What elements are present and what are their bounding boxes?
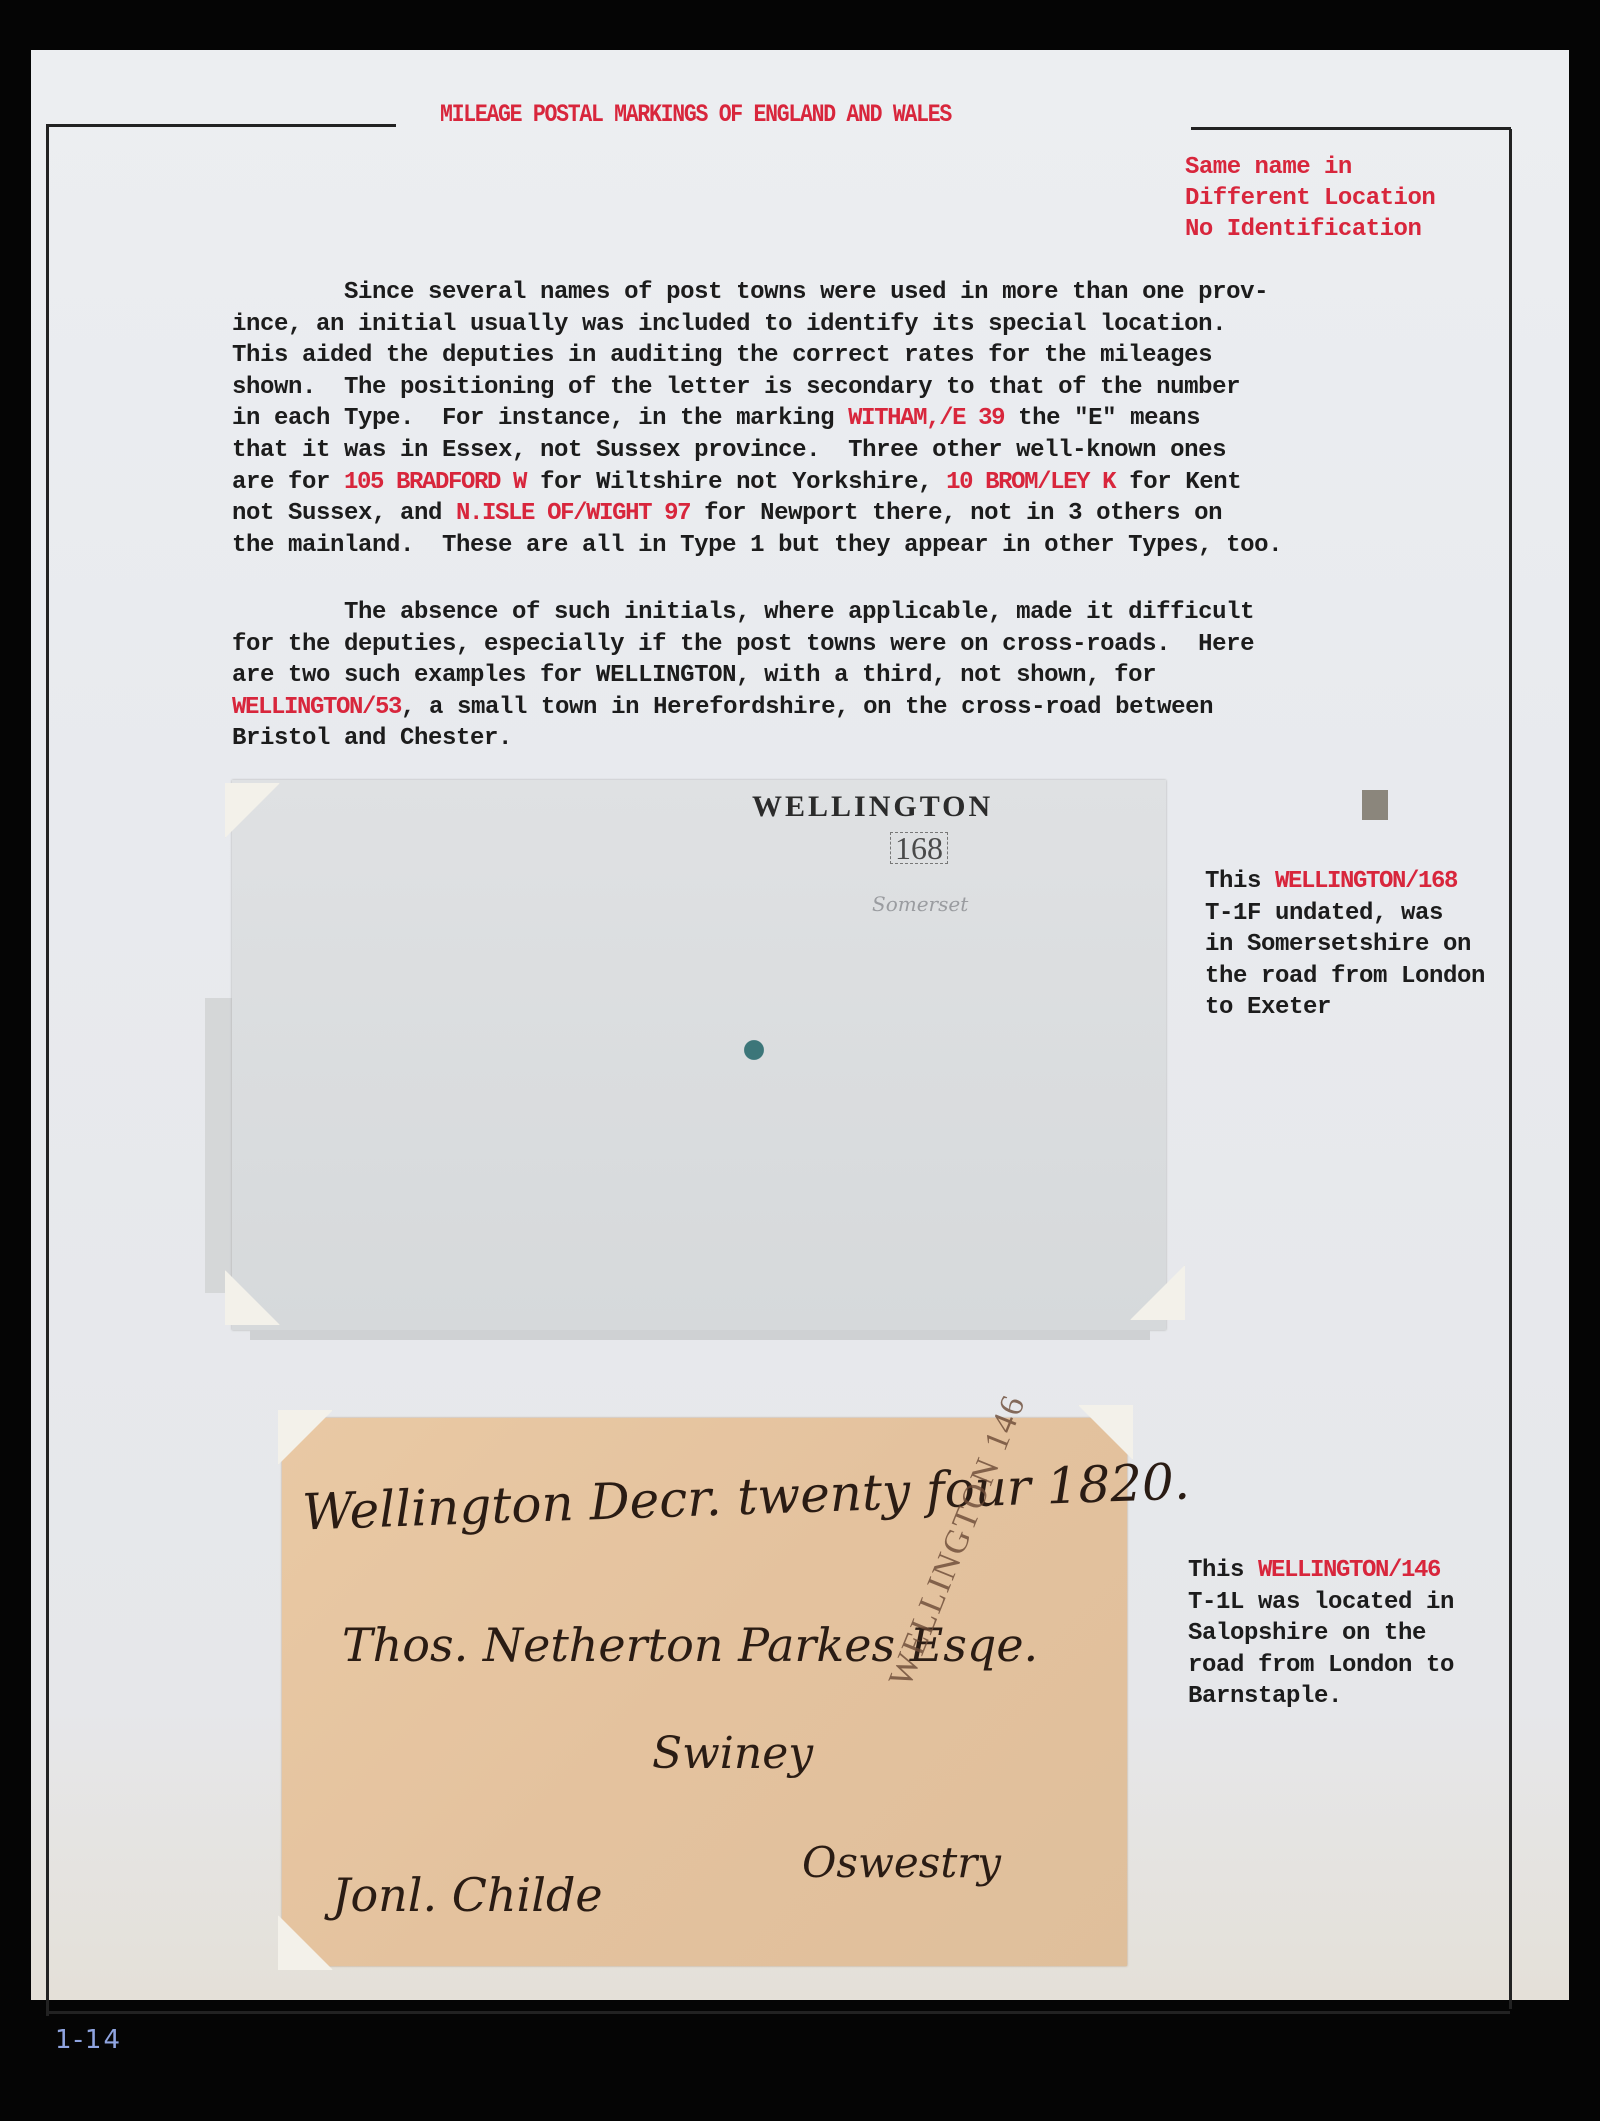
text-line: are for 105 BRADFORD W for Wiltshire not…	[232, 467, 1282, 499]
text-run: for Wiltshire not Yorkshire,	[526, 469, 946, 496]
frame-border-top-right	[1191, 127, 1511, 130]
handstamp-mileage: 168	[890, 832, 948, 864]
text-run: road from London to	[1188, 1652, 1454, 1679]
text-run: T-1F undated, was	[1205, 900, 1443, 927]
text-line: Barnstaple.	[1188, 1681, 1454, 1713]
caption-wellington-168: This WELLINGTON/168T-1F undated, wasin S…	[1205, 866, 1485, 1024]
text-run: are two such examples for WELLINGTON, wi…	[232, 662, 1156, 689]
text-line: road from London to	[1188, 1650, 1454, 1682]
text-line: in each Type. For instance, in the marki…	[232, 403, 1282, 435]
postal-marking-reference: WELLINGTON/146	[1258, 1557, 1440, 1584]
text-run: ince, an initial usually was included to…	[232, 311, 1226, 338]
text-run: for Newport there, not in 3 others on	[690, 500, 1222, 527]
text-line: the road from London	[1205, 961, 1485, 993]
text-run: Bristol and Chester.	[232, 725, 512, 752]
text-line: not Sussex, and N.ISLE OF/WIGHT 97 for N…	[232, 498, 1282, 530]
pencil-annotation: Somerset	[872, 892, 968, 916]
text-line: This WELLINGTON/146	[1188, 1555, 1454, 1587]
text-run: T-1L was located in	[1188, 1589, 1454, 1616]
page-title: MILEAGE POSTAL MARKINGS OF ENGLAND AND W…	[440, 100, 1059, 129]
text-line: in Somersetshire on	[1205, 929, 1485, 961]
postal-marking-reference: 10 BROM/LEY K	[946, 469, 1115, 496]
postal-marking-reference: N.ISLE OF/WIGHT 97	[456, 500, 690, 527]
frame-border-top-left	[46, 124, 396, 127]
text-line: T-1L was located in	[1188, 1587, 1454, 1619]
text-line: This WELLINGTON/168	[1205, 866, 1485, 898]
caption-wellington-146: This WELLINGTON/146T-1L was located inSa…	[1188, 1555, 1454, 1713]
text-run: Since several names of post towns were u…	[232, 279, 1268, 306]
text-line: the mainland. These are all in Type 1 bu…	[232, 530, 1282, 562]
torn-corner	[1362, 790, 1388, 820]
text-line: WELLINGTON/53, a small town in Herefords…	[232, 692, 1254, 724]
cover-wellington-168: WELLINGTON 168 Somerset	[232, 780, 1166, 1330]
postal-marking-reference: WELLINGTON/53	[232, 694, 401, 721]
text-run: the mainland. These are all in Type 1 bu…	[232, 532, 1282, 559]
intro-paragraph: Since several names of post towns were u…	[232, 277, 1282, 561]
text-run: shown. The positioning of the letter is …	[232, 374, 1240, 401]
text-line: T-1F undated, was	[1205, 898, 1485, 930]
text-run: that it was in Essex, not Sussex provinc…	[232, 437, 1226, 464]
cover-wellington-146: Wellington Decr. twenty four 1820. Thos.…	[282, 1418, 1127, 1966]
side-note: Same name in Different Location No Ident…	[1185, 152, 1435, 245]
text-run: are for	[232, 469, 344, 496]
text-line: are two such examples for WELLINGTON, wi…	[232, 660, 1254, 692]
text-run: not Sussex, and	[232, 500, 456, 527]
manuscript-place: Swiney	[652, 1728, 813, 1779]
manuscript-signature: Jonl. Childe	[332, 1868, 603, 1922]
text-run: the "E" means	[1004, 405, 1200, 432]
text-run: Barnstaple.	[1188, 1683, 1342, 1710]
cover1-bottom-fold	[250, 1330, 1150, 1340]
text-run: to Exeter	[1205, 994, 1331, 1021]
text-line: Since several names of post towns were u…	[232, 277, 1282, 309]
text-line: shown. The positioning of the letter is …	[232, 372, 1282, 404]
postal-marking-reference: 105 BRADFORD W	[344, 469, 526, 496]
text-run: for Kent	[1115, 469, 1241, 496]
handstamp-town: WELLINGTON	[752, 790, 993, 824]
text-run: This	[1188, 1557, 1258, 1584]
text-line: Salopshire on the	[1188, 1618, 1454, 1650]
text-line: that it was in Essex, not Sussex provinc…	[232, 435, 1282, 467]
text-run: in Somersetshire on	[1205, 931, 1471, 958]
frame-border-bottom	[47, 2011, 1510, 2014]
text-run: The absence of such initials, where appl…	[232, 599, 1254, 626]
text-line: for the deputies, especially if the post…	[232, 629, 1254, 661]
cover1-underlying-fold	[205, 998, 235, 1293]
manuscript-town: Oswestry	[802, 1838, 1001, 1887]
wax-seal-mark-icon	[727, 1010, 787, 1110]
page-number: 1-14	[55, 2025, 122, 2055]
text-run: the road from London	[1205, 963, 1485, 990]
side-note-line: Same name in	[1185, 152, 1435, 183]
side-note-line: Different Location	[1185, 183, 1435, 214]
frame-border-left	[46, 125, 49, 2016]
text-line: to Exeter	[1205, 992, 1485, 1024]
text-line: The absence of such initials, where appl…	[232, 597, 1254, 629]
manuscript-date-line: Wellington Decr. twenty four 1820.	[301, 1453, 1190, 1542]
text-run: , a small town in Herefordshire, on the …	[401, 694, 1213, 721]
text-line: ince, an initial usually was included to…	[232, 309, 1282, 341]
text-line: This aided the deputies in auditing the …	[232, 340, 1282, 372]
text-run: in each Type. For instance, in the marki…	[232, 405, 848, 432]
text-line: Bristol and Chester.	[232, 723, 1254, 755]
postal-marking-reference: WITHAM,/E 39	[848, 405, 1004, 432]
text-run: This	[1205, 868, 1275, 895]
text-run: Salopshire on the	[1188, 1620, 1426, 1647]
frame-border-right	[1509, 129, 1512, 2009]
text-run: for the deputies, especially if the post…	[232, 631, 1254, 658]
text-run: This aided the deputies in auditing the …	[232, 342, 1212, 369]
side-note-line: No Identification	[1185, 214, 1435, 245]
second-paragraph: The absence of such initials, where appl…	[232, 597, 1254, 755]
postal-marking-reference: WELLINGTON/168	[1275, 868, 1457, 895]
